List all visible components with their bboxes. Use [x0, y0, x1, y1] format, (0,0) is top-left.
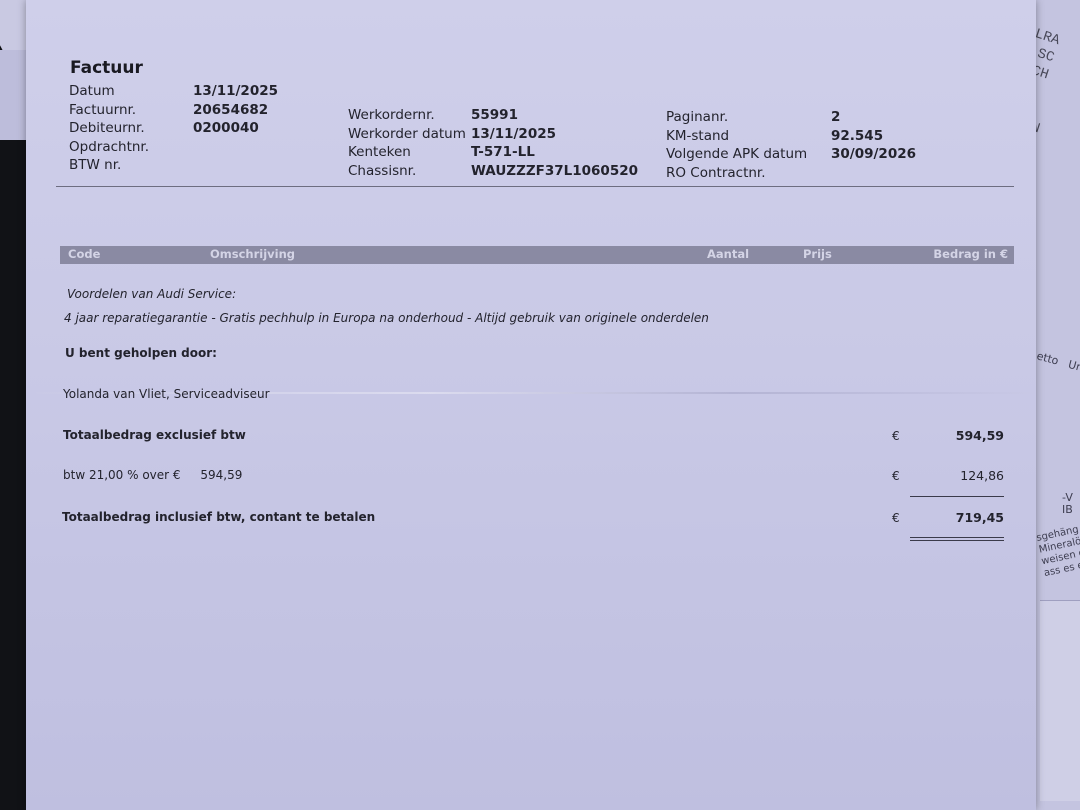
invoice-meta-left: Datum13/11/2025 Factuurnr.20654682 Debit…: [69, 82, 278, 175]
meta-row-debiteurnr: Debiteurnr.0200040: [69, 119, 278, 138]
column-header-code: Code: [68, 247, 100, 261]
background-paper-stack: [1040, 600, 1080, 801]
total-incl-vat-amount: 719,45: [884, 510, 1004, 525]
meta-row-factuurnr: Factuurnr.20654682: [69, 101, 278, 120]
total-excl-vat-label: Totaalbedrag exclusief btw: [63, 428, 246, 442]
column-header-omschrijving: Omschrijving: [210, 247, 295, 261]
total-excl-vat-amount: 594,59: [884, 428, 1004, 443]
helped-by-label: U bent geholpen door:: [65, 346, 217, 360]
meta-row-ro-contractnr: RO Contractnr.: [666, 164, 916, 183]
meta-row-paginanr: Paginanr.2: [666, 108, 916, 127]
column-header-aantal: Aantal: [707, 247, 749, 261]
line-items-table-header: Code Omschrijving Aantal Prijs Bedrag in…: [60, 246, 1014, 264]
header-divider: [56, 186, 1014, 187]
meta-row-werkorder-datum: Werkorder datum13/11/2025: [348, 125, 638, 144]
total-double-rule-top: [910, 537, 1004, 538]
total-double-rule-bottom: [910, 540, 1004, 541]
meta-row-werkordernr: Werkordernr.55991: [348, 106, 638, 125]
meta-row-datum: Datum13/11/2025: [69, 82, 278, 101]
service-advisor-name: Yolanda van Vliet, Serviceadviseur: [63, 387, 270, 401]
benefits-text: 4 jaar reparatiegarantie - Gratis pechhu…: [64, 311, 709, 325]
meta-row-chassisnr: Chassisnr.WAUZZZF37L1060520: [348, 162, 638, 181]
meta-row-kenteken: KentekenT-571-LL: [348, 143, 638, 162]
benefits-title: Voordelen van Audi Service:: [67, 287, 236, 301]
column-header-prijs: Prijs: [803, 247, 832, 261]
meta-row-btw-nr: BTW nr.: [69, 156, 278, 175]
subtotal-rule: [910, 496, 1004, 497]
background-receipt-fragment-mid: -V IB: [1062, 492, 1073, 516]
vat-base-amount: 594,59: [200, 468, 242, 482]
meta-row-km-stand: KM-stand92.545: [666, 127, 916, 146]
vat-label: btw 21,00 % over € 594,59: [63, 468, 242, 482]
invoice-page: Factuur Datum13/11/2025 Factuurnr.206546…: [26, 0, 1036, 810]
invoice-title: Factuur: [70, 58, 143, 78]
meta-row-opdrachtnr: Opdrachtnr.: [69, 138, 278, 157]
invoice-meta-right: Paginanr.2 KM-stand92.545 Volgende APK d…: [666, 108, 916, 182]
vat-amount: 124,86: [884, 468, 1004, 483]
column-header-bedrag: Bedrag in €: [933, 247, 1008, 261]
total-incl-vat-label: Totaalbedrag inclusief btw, contant te b…: [62, 510, 375, 524]
meta-row-apk-datum: Volgende APK datum30/09/2026: [666, 145, 916, 164]
invoice-meta-middle: Werkordernr.55991 Werkorder datum13/11/2…: [348, 106, 638, 180]
